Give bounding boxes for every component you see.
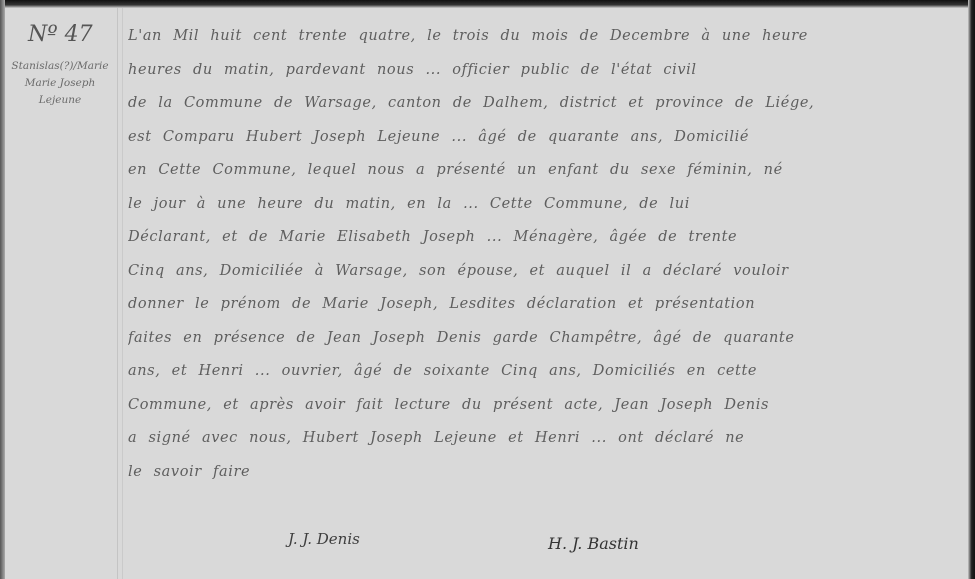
record-line: donner le prénom de Marie Joseph, Lesdit… (128, 288, 964, 322)
record-line: a signé avec nous, Hubert Joseph Lejeune… (128, 422, 964, 456)
margin-note: Stanislas(?)/Marie Marie Joseph Lejeune (8, 58, 112, 109)
record-line: le savoir faire (128, 456, 964, 490)
scan-top-shadow (0, 0, 975, 8)
record-line: Déclarant, et de Marie Elisabeth Joseph … (128, 221, 964, 255)
record-line: ans, et Henri ... ouvrier, âgé de soixan… (128, 355, 964, 389)
signature-officer: H. J. Bastin (548, 534, 639, 553)
page-right-edge (968, 0, 975, 579)
register-page: Nº 47 Stanislas(?)/Marie Marie Joseph Le… (0, 0, 975, 579)
record-body: L'an Mil huit cent trente quatre, le tro… (128, 20, 964, 489)
record-line: Commune, et après avoir fait lecture du … (128, 389, 964, 423)
signature-witness: J. J. Denis (288, 530, 360, 548)
record-line: faites en présence de Jean Joseph Denis … (128, 322, 964, 356)
signatures: J. J. Denis H. J. Bastin (128, 520, 964, 560)
record-line: le jour à une heure du matin, en la ... … (128, 188, 964, 222)
margin-note-line: Marie Joseph (8, 75, 112, 92)
margin-note-line: Stanislas(?)/Marie (8, 58, 112, 75)
margin-rule (122, 8, 123, 579)
record-line: Cinq ans, Domiciliée à Warsage, son épou… (128, 255, 964, 289)
record-line: de la Commune de Warsage, canton de Dalh… (128, 87, 964, 121)
entry-number: Nº 47 (28, 22, 93, 47)
record-line: L'an Mil huit cent trente quatre, le tro… (128, 20, 964, 54)
record-line: heures du matin, pardevant nous ... offi… (128, 54, 964, 88)
record-line: en Cette Commune, lequel nous a présenté… (128, 154, 964, 188)
record-line: est Comparu Hubert Joseph Lejeune ... âg… (128, 121, 964, 155)
margin-note-line: Lejeune (8, 92, 112, 109)
